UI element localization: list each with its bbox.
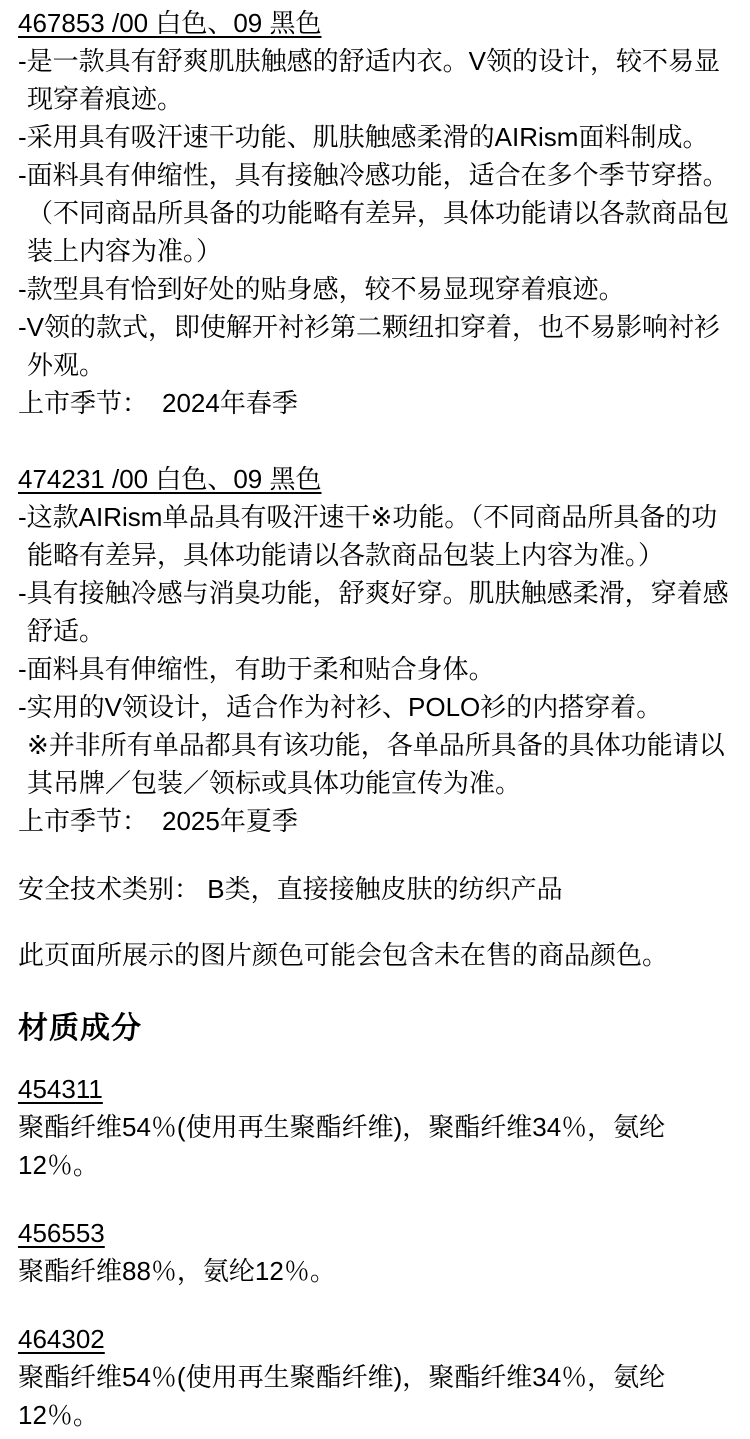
bullet-item: -采用具有吸汗速干功能、肌肤触感柔滑的AIRism面料制成。	[18, 118, 734, 156]
bullet-text: 这款AIRism单品具有吸汗速干※功能。（不同商品所具备的功能略有差异，具体功能…	[27, 502, 718, 570]
product-section-474231: 474231 /00 白色、09 黑色 -这款AIRism单品具有吸汗速干※功能…	[18, 460, 734, 840]
material-composition: 聚酯纤维88％，氨纶12％。	[18, 1252, 734, 1290]
material-code: 456553	[18, 1214, 734, 1252]
bullet-text: 面料具有伸缩性，有助于柔和贴合身体。	[27, 654, 495, 684]
bullet-item: -款型具有恰到好处的贴身感，较不易显现穿着痕迹。	[18, 270, 734, 308]
bullet-item: -是一款具有舒爽肌肤触感的舒适内衣。V领的设计，较不易显现穿着痕迹。	[18, 42, 734, 118]
release-season-row: 上市季节：2024年春季	[18, 384, 734, 422]
release-season-row: 上市季节：2025年夏季	[18, 802, 734, 840]
bullet-dash: -	[18, 654, 27, 684]
bullet-text: 面料具有伸缩性，具有接触冷感功能，适合在多个季节穿搭。（不同商品所具备的功能略有…	[27, 160, 729, 266]
bullet-item: -V领的款式，即使解开衬衫第二颗纽扣穿着，也不易影响衬衫外观。	[18, 308, 734, 384]
bullet-text: 是一款具有舒爽肌肤触感的舒适内衣。V领的设计，较不易显现穿着痕迹。	[27, 46, 720, 114]
bullet-item: -这款AIRism单品具有吸汗速干※功能。（不同商品所具备的功能略有差异，具体功…	[18, 498, 734, 574]
material-composition: 聚酯纤维54％(使用再生聚酯纤维)，聚酯纤维34％，氨纶12％。	[18, 1108, 734, 1184]
materials-section: 材质成分 454311 聚酯纤维54％(使用再生聚酯纤维)，聚酯纤维34％，氨纶…	[18, 1010, 734, 1434]
material-code: 464302	[18, 1320, 734, 1358]
material-item-456553: 456553 聚酯纤维88％，氨纶12％。	[18, 1214, 734, 1290]
material-composition: 聚酯纤维54％(使用再生聚酯纤维)，聚酯纤维34％，氨纶12％。	[18, 1358, 734, 1434]
bullet-text: V领的款式，即使解开衬衫第二颗纽扣穿着，也不易影响衬衫外观。	[27, 312, 720, 380]
release-season-value: 2025年夏季	[162, 806, 298, 836]
bullet-item: -具有接触冷感与消臭功能，舒爽好穿。肌肤触感柔滑，穿着感舒适。	[18, 574, 734, 650]
bullet-text: 实用的V领设计，适合作为衬衫、POLO衫的内搭穿着。	[27, 692, 663, 722]
release-season-label: 上市季节：	[18, 806, 148, 836]
product-description-page: 467853 /00 白色、09 黑色 -是一款具有舒爽肌肤触感的舒适内衣。V领…	[0, 0, 750, 1434]
product-section-467853: 467853 /00 白色、09 黑色 -是一款具有舒爽肌肤触感的舒适内衣。V领…	[18, 4, 734, 422]
color-disclaimer-note: 此页面所展示的图片颜色可能会包含未在售的商品颜色。	[18, 936, 734, 974]
bullet-dash: -	[18, 312, 27, 342]
bullet-item: -面料具有伸缩性，有助于柔和贴合身体。	[18, 650, 734, 688]
bullet-item: -面料具有伸缩性，具有接触冷感功能，适合在多个季节穿搭。（不同商品所具备的功能略…	[18, 156, 734, 270]
product-code-heading-467853: 467853 /00 白色、09 黑色	[18, 4, 734, 42]
product-code-heading-474231: 474231 /00 白色、09 黑色	[18, 460, 734, 498]
bullet-dash: -	[18, 122, 27, 152]
bullet-text: 款型具有恰到好处的贴身感，较不易显现穿着痕迹。	[27, 274, 625, 304]
bullet-dash: -	[18, 502, 27, 532]
bullet-dash: -	[18, 692, 27, 722]
bullet-text: 具有接触冷感与消臭功能，舒爽好穿。肌肤触感柔滑，穿着感舒适。	[27, 578, 729, 646]
safety-category-note: 安全技术类别： B类，直接接触皮肤的纺织产品	[18, 870, 734, 908]
material-item-464302: 464302 聚酯纤维54％(使用再生聚酯纤维)，聚酯纤维34％，氨纶12％。	[18, 1320, 734, 1434]
release-season-value: 2024年春季	[162, 388, 298, 418]
bullet-item: -实用的V领设计，适合作为衬衫、POLO衫的内搭穿着。	[18, 688, 734, 726]
bullet-dash: -	[18, 578, 27, 608]
bullet-text: 采用具有吸汗速干功能、肌肤触感柔滑的AIRism面料制成。	[27, 122, 709, 152]
material-code: 454311	[18, 1070, 734, 1108]
bullet-dash: -	[18, 160, 27, 190]
asterisk-footnote: ※并非所有单品都具有该功能，各单品所具备的具体功能请以其吊牌／包装／领标或具体功…	[18, 726, 734, 802]
material-item-454311: 454311 聚酯纤维54％(使用再生聚酯纤维)，聚酯纤维34％，氨纶12％。	[18, 1070, 734, 1184]
release-season-label: 上市季节：	[18, 388, 148, 418]
bullet-dash: -	[18, 274, 27, 304]
materials-heading: 材质成分	[18, 1010, 734, 1048]
bullet-dash: -	[18, 46, 27, 76]
